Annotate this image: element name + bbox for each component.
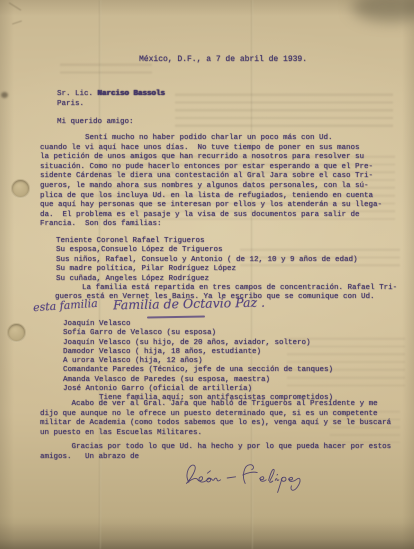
signature-leon-felipe: León - Felipe <box>178 456 304 500</box>
signature-stroke <box>178 456 304 500</box>
recipient-honorific: Sr. Lic. <box>57 90 98 98</box>
recipient-block: Sr. Lic. Narciso Bassols <box>57 90 165 100</box>
paper-crinkle <box>9 2 21 10</box>
corner-stain <box>352 0 414 22</box>
edge-speck <box>1 92 8 98</box>
paper-crinkle <box>12 20 22 24</box>
dateline: México, D.F., a 7 de abril de 1939. <box>139 55 307 65</box>
ink-bleed-through <box>175 88 393 128</box>
handwritten-note-small: esta familia <box>33 297 99 314</box>
recipient-name: Narciso Bassols <box>98 90 166 98</box>
handwritten-note-main: Familia de Octavio Paz . <box>113 295 265 313</box>
punch-hole <box>8 324 25 341</box>
punch-hole <box>12 180 29 197</box>
family-trigueros-list: Teniente Coronel Rafael Trigueros Su esp… <box>56 237 358 284</box>
letter-page: México, D.F., a 7 de abril de 1939. Sr. … <box>0 0 414 549</box>
handwritten-underline <box>147 315 205 318</box>
salutation: Mi querido amigo: <box>57 118 134 128</box>
body-paragraph-2: Acabo de ver al Gral. Jara que habló de … <box>40 400 396 438</box>
family-velasco-list: Joaquín Velasco Sofía Garro de Velasco (… <box>63 320 333 404</box>
body-paragraph-1: Sentí mucho no haber podido charlar un p… <box>40 134 396 230</box>
recipient-city: Paris. <box>57 100 84 110</box>
